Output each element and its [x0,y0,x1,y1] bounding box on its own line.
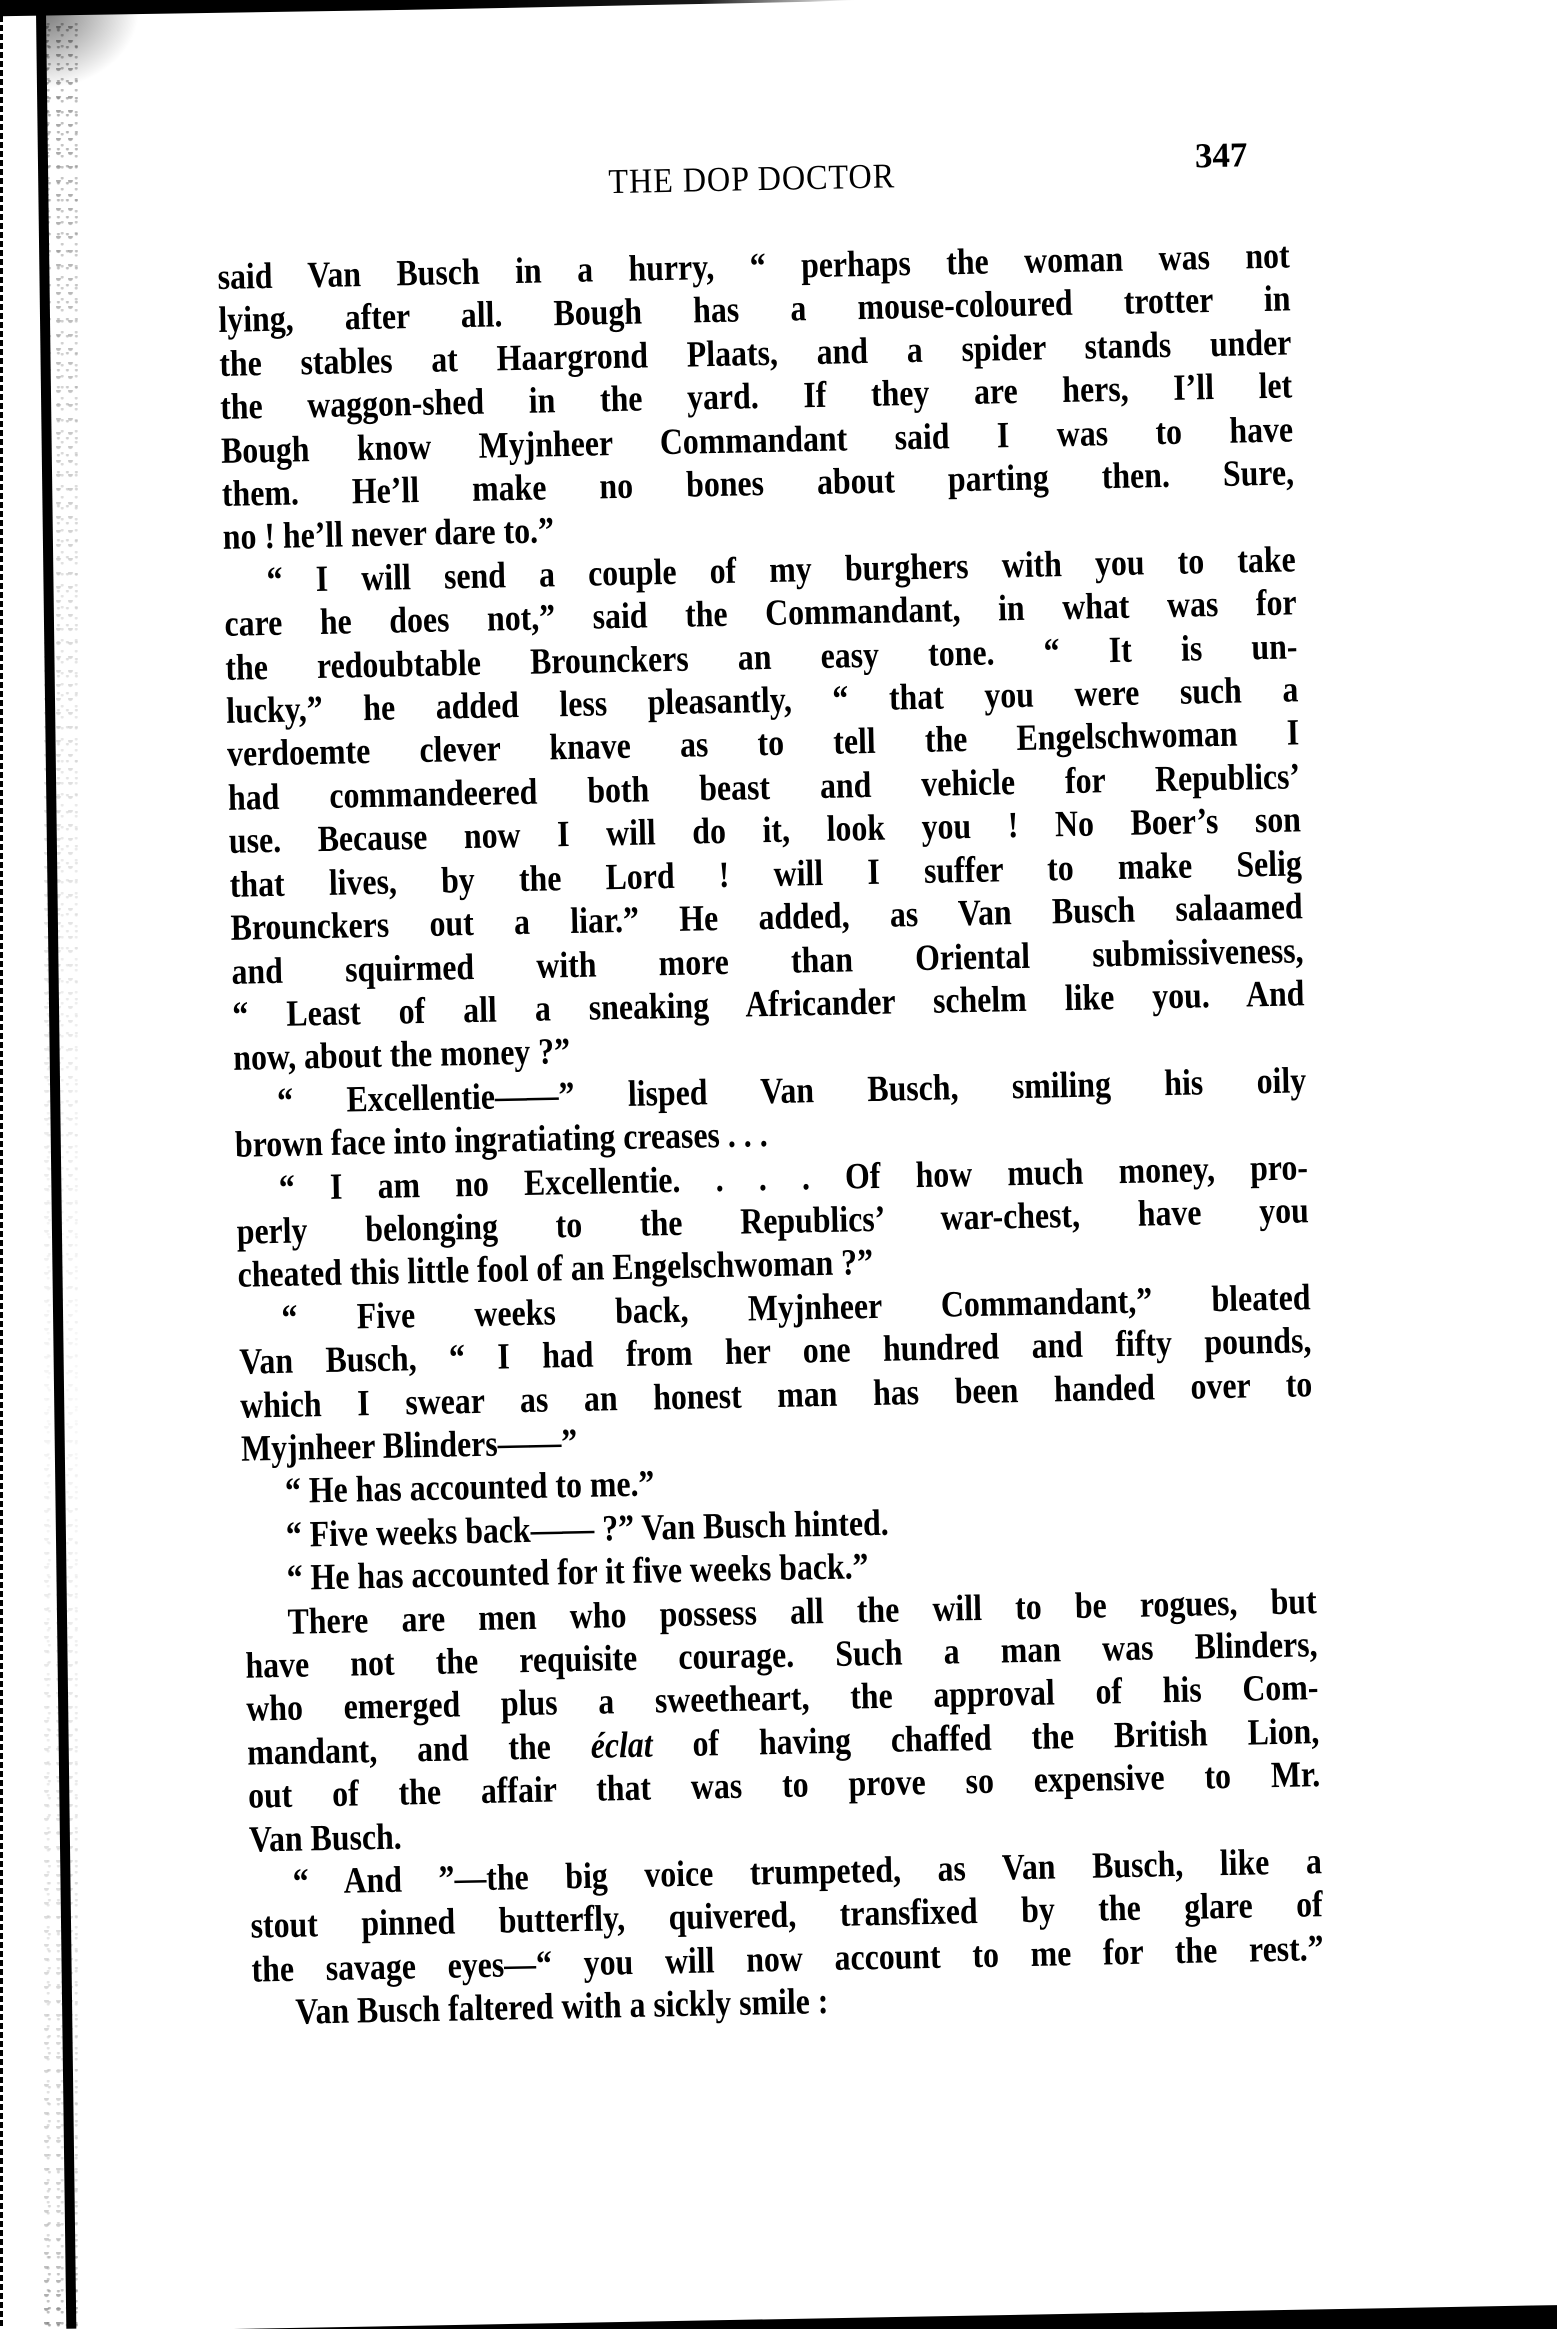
book-page: THE DOP DOCTOR 347 said Van Busch in a h… [215,126,1325,2035]
scan-left-page-edge [0,16,3,2329]
page-number: 347 [1194,135,1247,176]
body-text: said Van Busch in a hurry, “ perhaps the… [217,234,1325,2035]
italic-word: éclat [590,1724,653,1766]
running-head: THE DOP DOCTOR 347 [215,126,1288,214]
scan-bottom-edge-shadow [0,2303,1557,2329]
scan-top-edge-shadow [0,0,1557,18]
gutter-speckle-noise [44,12,78,2329]
scan-corner-shadow [40,10,140,90]
running-title: THE DOP DOCTOR [258,149,1245,209]
